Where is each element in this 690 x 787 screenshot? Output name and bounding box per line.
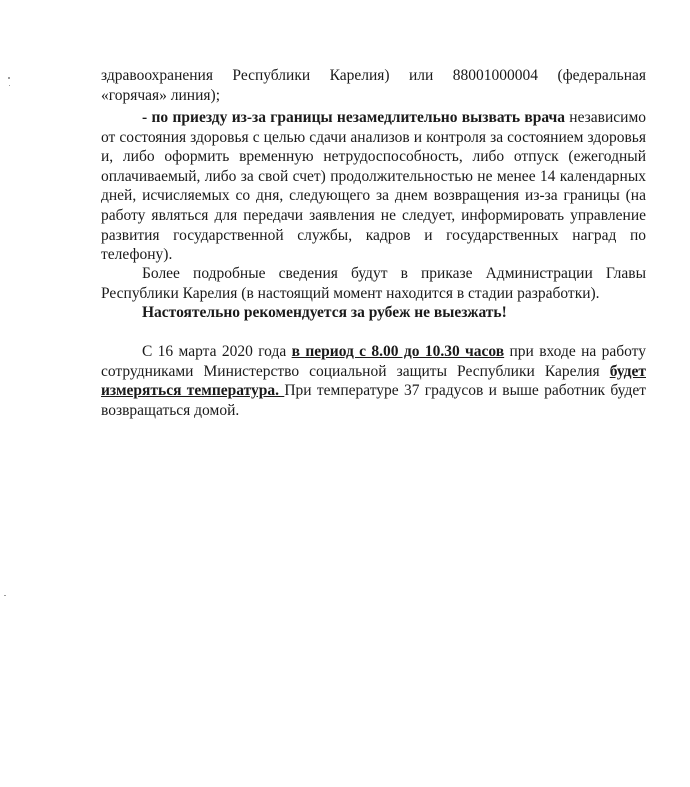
paragraph-temperature-check: С 16 марта 2020 года в период с 8.00 до … — [101, 342, 646, 420]
time-period-underlined: в период с 8.00 до 10.30 часов — [292, 343, 505, 360]
temperature-intro: С 16 марта 2020 года — [142, 343, 292, 360]
details-text: Более подробные сведения будут в приказе… — [101, 264, 646, 303]
return-from-abroad-text: независимо от состояния здоровья с целью… — [101, 109, 646, 263]
paragraph-hotline: здравоохранения Республики Карелия) или … — [101, 66, 646, 105]
scan-speck — [9, 85, 10, 86]
scan-speck — [8, 77, 10, 79]
paragraph-return-from-abroad: - по приезду из-за границы незамедлитель… — [101, 108, 646, 265]
paragraph-recommendation: Настоятельно рекомендуется за рубеж не в… — [101, 303, 646, 323]
recommendation-text: Настоятельно рекомендуется за рубеж не в… — [101, 303, 646, 323]
paragraph-details: Более подробные сведения будут в приказе… — [101, 264, 646, 303]
scan-speck — [4, 595, 6, 596]
hotline-line-2: «горячая» линия); — [101, 86, 646, 106]
document-page: здравоохранения Республики Карелия) или … — [0, 0, 690, 787]
call-doctor-instruction: - по приезду из-за границы незамедлитель… — [142, 109, 565, 126]
hotline-line-1: здравоохранения Республики Карелия) или … — [101, 66, 646, 86]
